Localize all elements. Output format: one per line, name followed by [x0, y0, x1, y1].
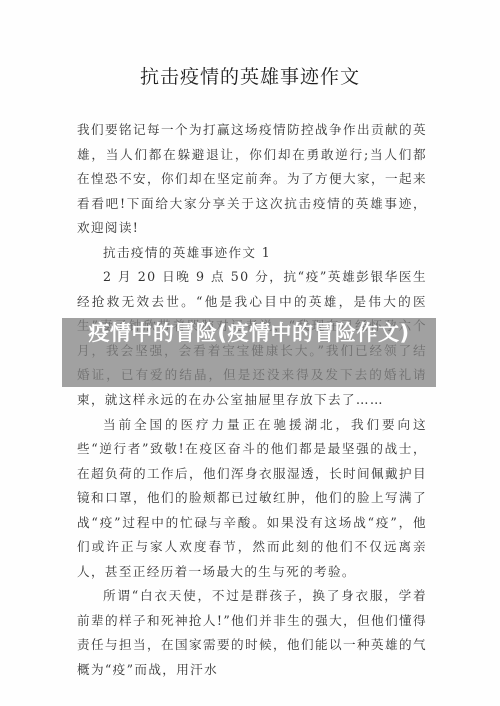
overlay-title: 疫情中的冒险(疫情中的冒险作文) [62, 320, 436, 346]
document-body: 我们要铭记每一个为打赢这场疫情防控战争作出贡献的英雄，当人们都在躲避退让，你们却… [77, 118, 427, 683]
intro-paragraph: 我们要铭记每一个为打赢这场疫情防控战争作出贡献的英雄，当人们都在躲避退让，你们却… [77, 118, 427, 241]
paragraph-frontline-workers: 当前全国的医疗力量正在驰援湖北，我们要向这些“逆行者”致敬!在疫区奋斗的他们都是… [77, 413, 427, 585]
document-title: 抗击疫情的英雄事迹作文 [0, 62, 500, 89]
section-heading: 抗击疫情的英雄事迹作文 1 [77, 241, 427, 266]
paragraph-white-angels: 所谓“白衣天使，不过是群孩子，换了身衣服，学着前辈的样子和死神抢人!”他们并非生… [77, 584, 427, 682]
document-page: 抗击疫情的英雄事迹作文 我们要铭记每一个为打赢这场疫情防控战争作出贡献的英雄，当… [0, 0, 500, 706]
